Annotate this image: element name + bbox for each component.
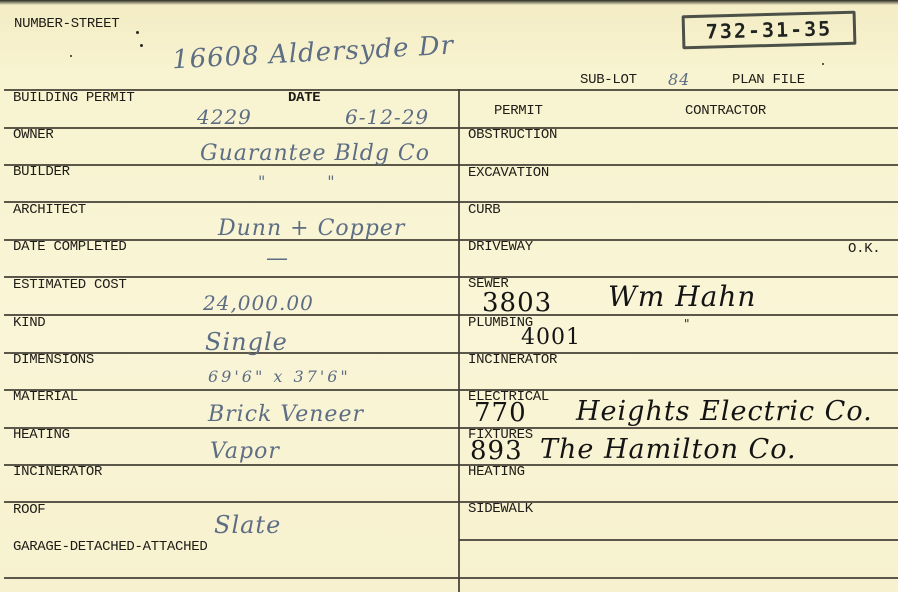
electrical-contractor: Heights Electric Co. — [576, 398, 873, 425]
ink-speck — [140, 44, 143, 47]
builder-value: " " — [258, 174, 336, 190]
file-number-stamp: 732-31-35 — [682, 11, 857, 50]
date-value: 6-12-29 — [345, 107, 429, 127]
roof-label: ROOF — [13, 503, 45, 517]
obstruction-label: OBSTRUCTION — [468, 128, 557, 142]
rule — [4, 276, 898, 278]
rule — [4, 314, 898, 316]
heating-permit-label: HEATING — [468, 465, 525, 479]
fixtures-permit: 893 — [470, 438, 523, 464]
rule — [4, 89, 898, 91]
architect-value: Dunn + Copper — [218, 218, 405, 240]
permit-index-card: 732-31-35 NUMBER-STREET 16608 Aldersyde … — [0, 0, 898, 592]
plan-file-label: PLAN FILE — [732, 73, 805, 87]
owner-value: Guarantee Bldg Co — [200, 143, 430, 165]
incinerator-label: INCINERATOR — [13, 465, 102, 479]
plumbing-permit: 4001 — [521, 327, 581, 349]
number-street-value: 16608 Aldersyde Dr — [172, 33, 455, 74]
heating-value: Vapor — [210, 441, 280, 463]
owner-label: OWNER — [13, 128, 54, 142]
material-label: MATERIAL — [13, 390, 78, 404]
rule — [4, 577, 898, 579]
fixtures-contractor: The Hamilton Co. — [540, 436, 797, 463]
dimensions-value: 69'6" x 37'6" — [208, 369, 351, 385]
incinerator-permit-label: INCINERATOR — [468, 353, 557, 367]
sewer-contractor: Wm Hahn — [608, 283, 756, 311]
rule — [4, 352, 898, 354]
number-street-label: NUMBER-STREET — [14, 17, 119, 31]
date-completed-value: — — [266, 248, 289, 270]
rule — [4, 427, 898, 429]
rule — [4, 239, 898, 241]
rule — [459, 539, 898, 541]
estimated-cost-value: 24,000.00 — [203, 293, 314, 313]
roof-value: Slate — [214, 513, 281, 537]
material-value: Brick Veneer — [208, 404, 364, 426]
kind-label: KIND — [13, 316, 45, 330]
plumbing-contractor: " — [684, 318, 691, 330]
building-permit-label: BUILDING PERMIT — [13, 91, 135, 105]
garage-label: GARAGE-DETACHED-ATTACHED — [13, 540, 207, 554]
builder-label: BUILDER — [13, 165, 70, 179]
heating-label: HEATING — [13, 428, 70, 442]
sewer-permit: 3803 — [482, 290, 552, 316]
sub-lot-value: 84 — [668, 72, 690, 88]
rule — [4, 164, 898, 166]
date-completed-label: DATE COMPLETED — [13, 240, 126, 254]
rule — [4, 201, 898, 203]
kind-value: Single — [205, 330, 288, 354]
column-divider — [458, 89, 460, 592]
sub-lot-label: SUB-LOT — [580, 73, 637, 87]
building-permit-value: 4229 — [197, 107, 252, 127]
architect-label: ARCHITECT — [13, 203, 86, 217]
driveway-label: DRIVEWAY — [468, 240, 533, 254]
date-label: DATE — [288, 91, 320, 105]
permit-header: PERMIT — [494, 104, 543, 118]
rule — [4, 501, 898, 503]
excavation-label: EXCAVATION — [468, 166, 549, 180]
electrical-permit: 770 — [474, 400, 527, 426]
contractor-header: CONTRACTOR — [685, 104, 766, 118]
sidewalk-label: SIDEWALK — [468, 502, 533, 516]
ink-speck — [70, 55, 72, 57]
ink-speck — [822, 63, 824, 65]
ink-speck — [136, 31, 139, 34]
dimensions-label: DIMENSIONS — [13, 353, 94, 367]
curb-label: CURB — [468, 203, 500, 217]
driveway-note: O.K. — [848, 242, 880, 256]
rule — [4, 389, 898, 391]
estimated-cost-label: ESTIMATED COST — [13, 278, 126, 292]
